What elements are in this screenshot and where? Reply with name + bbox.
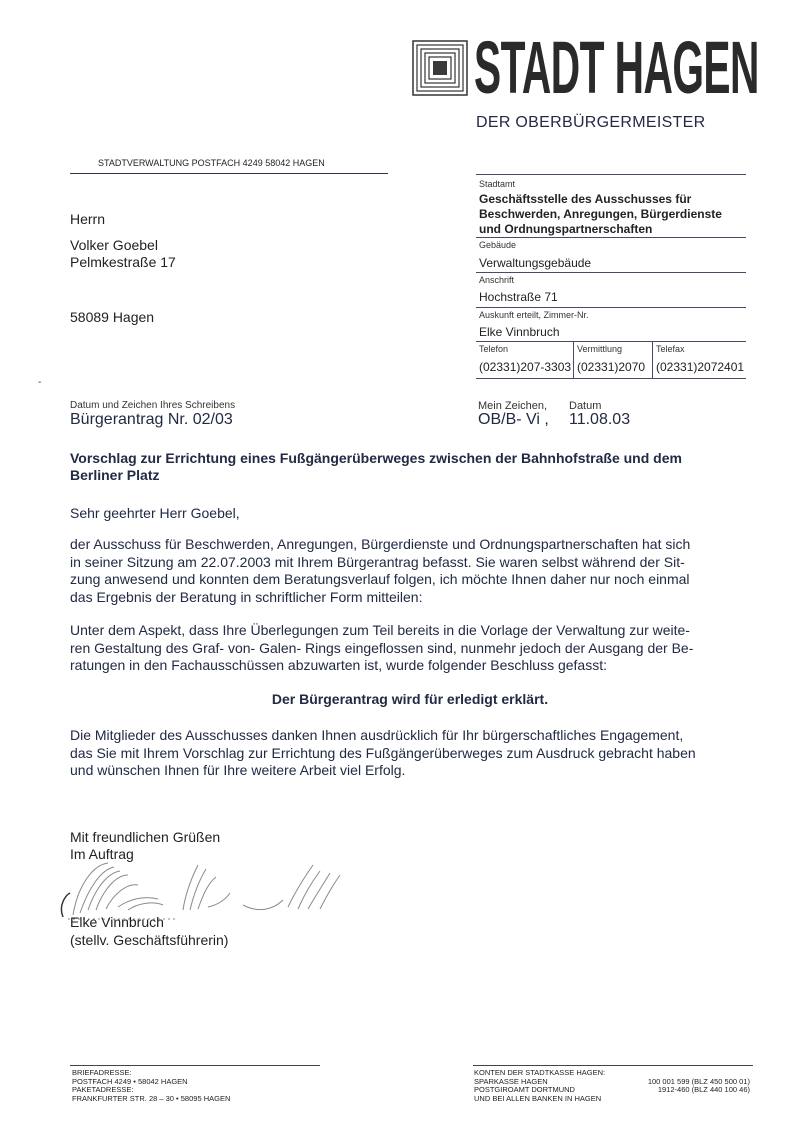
recipient-salutation: Herrn	[70, 211, 105, 227]
closing-phrase: Mit freundlichen Grüßen	[70, 829, 220, 846]
greeting: Sehr geehrter Herr Goebel,	[70, 505, 760, 523]
paragraph-1: der Ausschuss für Beschwerden, Anregunge…	[70, 536, 760, 606]
stadtamt-line-1: Geschäftsstelle des Ausschusses für	[479, 192, 691, 207]
recipient-street: Pelmkestraße 17	[70, 254, 176, 270]
signer-role: (stellv. Geschäftsführerin)	[70, 932, 228, 949]
recipient-name: Volker Goebel	[70, 237, 158, 253]
text-line: in seiner Sitzung am 22.07.2003 mit Ihre…	[70, 554, 760, 572]
your-reference-value: Bürgerantrag Nr. 02/03	[70, 411, 233, 429]
nested-squares-logo-icon	[412, 40, 468, 96]
footer-divider-left	[70, 1065, 320, 1066]
recipient-city: 58089 Hagen	[70, 309, 154, 325]
text-line: das Sie mit Ihrem Vorschlag zur Errichtu…	[70, 745, 760, 763]
footer-bank-accounts: KONTEN DER STADTKASSE HAGEN: SPARKASSE H…	[474, 1069, 605, 1103]
sender-return-address: STADTVERWALTUNG POSTFACH 4249 58042 HAGE…	[98, 158, 325, 168]
anschrift-value: Hochstraße 71	[479, 290, 558, 304]
gebaeude-value: Verwaltungsgebäude	[479, 256, 591, 270]
paragraph-2: Unter dem Aspekt, dass Ihre Überlegungen…	[70, 622, 760, 675]
text-line: zung anwesend und konnten dem Beratungsv…	[70, 571, 760, 589]
footer-divider-right	[473, 1065, 753, 1066]
text-line: der Ausschuss für Beschwerden, Anregunge…	[70, 536, 760, 554]
telefax-label: Telefax	[656, 344, 685, 354]
sender-divider	[70, 173, 388, 174]
my-reference-value: OB/B- Vi ,	[478, 411, 549, 429]
auskunft-label: Auskunft erteilt, Zimmer-Nr.	[479, 310, 589, 320]
footer-line: UND BEI ALLEN BANKEN IN HAGEN	[474, 1095, 605, 1104]
date-value: 11.08.03	[569, 411, 630, 429]
telefon-label: Telefon	[479, 344, 508, 354]
text-line: ratungen in den Fachausschüssen abzuwart…	[70, 657, 760, 675]
telefax-value: (02331)2072401	[656, 360, 744, 374]
subject-line: Vorschlag zur Errichtung eines Fußgänger…	[70, 450, 750, 467]
your-reference-label: Datum und Zeichen Ihres Schreibens	[70, 400, 235, 411]
paragraph-3: Die Mitglieder des Ausschusses danken Ih…	[70, 727, 760, 780]
text-line: Unter dem Aspekt, dass Ihre Überlegungen…	[70, 622, 760, 640]
text-line: das Ergebnis der Beratung in schriftlich…	[70, 589, 760, 607]
auskunft-value: Elke Vinnbruch	[479, 325, 560, 339]
anschrift-label: Anschrift	[479, 275, 514, 285]
footer-account-numbers: 100 001 599 (BLZ 450 500 01) 1912-460 (B…	[600, 1078, 750, 1095]
stadtamt-label: Stadtamt	[479, 179, 515, 189]
text-line: Die Mitglieder des Ausschusses danken Ih…	[70, 727, 760, 745]
telefon-value: (02331)207-3303	[479, 360, 571, 374]
fold-mark: -	[38, 377, 41, 388]
signer-name: Elke Vinnbruch	[70, 914, 164, 931]
gebaeude-label: Gebäude	[479, 240, 516, 250]
subject-line: Berliner Platz	[70, 467, 750, 484]
contact-info-block: Stadtamt Geschäftsstelle des Ausschusses…	[476, 0, 746, 390]
stadtamt-line-3: und Ordnungspartnerschaften	[479, 222, 652, 237]
account-number: 1912-460 (BLZ 440 100 46)	[600, 1086, 750, 1095]
footer-addresses: BRIEFADRESSE: POSTFACH 4249 • 58042 HAGE…	[72, 1069, 230, 1103]
decision-statement: Der Bürgerantrag wird für erledigt erklä…	[70, 691, 750, 707]
footer-line: FRANKFURTER STR. 28 – 30 • 58095 HAGEN	[72, 1095, 230, 1104]
vermittlung-value: (02331)2070	[577, 360, 645, 374]
vermittlung-label: Vermittlung	[577, 344, 622, 354]
stadtamt-line-2: Beschwerden, Anregungen, Bürgerdienste	[479, 207, 722, 222]
letter-subject: Vorschlag zur Errichtung eines Fußgänger…	[70, 450, 750, 484]
text-line: und wünschen Ihnen für Ihre weitere Arbe…	[70, 762, 760, 780]
text-line: ren Gestaltung des Graf- von- Galen- Rin…	[70, 640, 760, 658]
